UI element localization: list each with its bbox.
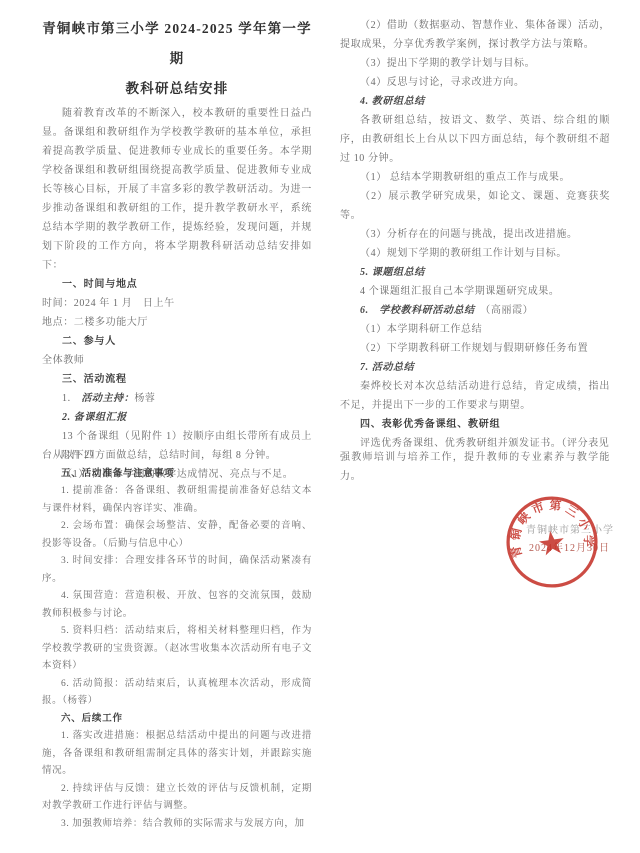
seal-star-icon: ★	[535, 524, 570, 564]
flow-item-beikezu: 2. 备课组汇报	[42, 408, 312, 427]
jiaoyanzu-sub4: （4）规划下学期的教研组工作计划与目标。	[340, 244, 610, 263]
followup-item-2: 2. 持续评估与反馈：建立长效的评估与反馈机制，定期对教学教研工作进行评估与调整…	[42, 781, 312, 816]
prep-item-2: 2. 会场布置：确保会场整洁、安静，配备必要的音响、投影等设备。（后勤与信息中心…	[42, 518, 312, 553]
followup-item-3: 3. 加强教师培养：结合教师的实际需求与发展方向，加	[42, 816, 312, 834]
flow-item-school-summary: 6. 学校教科研活动总结 （高丽霞）	[340, 301, 610, 320]
participants-line: 全体教师	[42, 351, 312, 370]
heading-commendation: 四、表彰优秀备课组、教研组	[340, 415, 610, 434]
prep-item-6: 6. 活动简报：活动结束后，认真梳理本次活动，形成简报。（杨蓉）	[42, 676, 312, 711]
heading-participants: 二、参与人	[42, 332, 312, 351]
school-summary-name: （高丽霞）	[475, 305, 534, 316]
school-summary-sub2: （2）下学期教科研工作规划与假期研修任务布置	[340, 339, 610, 358]
flow-item-activity-summary: 7. 活动总结	[340, 358, 610, 377]
heading-followup: 六、后续工作	[42, 711, 312, 729]
school-summary-sub1: （1）本学期科研工作总结	[340, 320, 610, 339]
prep-item-3: 3. 时间安排：合理安排各环节的时间，确保活动紧凑有序。	[42, 553, 312, 588]
doc-title-line2: 教科研总结安排	[42, 74, 312, 104]
flow-item-host: 1. 活动主持：杨蓉	[42, 389, 312, 408]
prep-item-5: 5. 资料归档：活动结束后，将相关材料整理归档，作为学校教学教研的宝贵资源。（赵…	[42, 623, 312, 676]
activity-summary-body: 秦烨校长对本次总结活动进行总结，肯定成绩，指出不足，并提出下一步的工作要求与期望…	[340, 377, 610, 415]
page-2: （2）借助（数据驱动、智慧作业、集体备课）活动，提取成果，分享优秀教学案例，探讨…	[328, 16, 622, 453]
jiaoyanzu-body: 各教研组总结，按语文、数学、英语、综合组的顺序，由教研组长上台从以下四方面总结，…	[340, 111, 610, 168]
heading-time-place: 一、时间与地点	[42, 275, 312, 294]
host-number: 1.	[62, 393, 81, 404]
jiaoyanzu-sub2: （2）展示教学研究成果，如论文、课题、竞赛获奖等。	[340, 187, 610, 225]
document-canvas: 青铜峡市第三小学 2024-2025 学年第一学期 教科研总结安排 随着教育改革…	[0, 0, 640, 853]
ketizu-body: 4 个课题组汇报自己本学期课题研究成果。	[340, 282, 610, 301]
page-3: 附件 2） 五、活动准备与注意事项 1. 提前准备：各备课组、教研组需提前准备好…	[30, 448, 324, 833]
school-summary-label: 6. 学校教科研活动总结	[360, 305, 475, 316]
school-seal: 青铜峡市第三小学 ★	[504, 494, 600, 590]
beikezu-sub4: （4）反思与讨论，寻求改进方向。	[340, 73, 610, 92]
beikezu-sub3: （3）提出下学期的教学计划与目标。	[340, 54, 610, 73]
time-line: 时间：2024 年 1 月 日上午	[42, 294, 312, 313]
page-4: 强教师培训与培养工作，提升教师的专业素养与教学能力。 青铜峡市第三小学 2024…	[328, 448, 622, 628]
heading-preparation: 五、活动准备与注意事项	[42, 466, 312, 484]
page-1: 青铜峡市第三小学 2024-2025 学年第一学期 教科研总结安排 随着教育改革…	[30, 14, 324, 484]
jiaoyanzu-sub1: （1） 总结本学期教研组的重点工作与成果。	[340, 168, 610, 187]
host-name: 杨蓉	[134, 393, 155, 404]
seal-graphic: 青铜峡市第三小学 ★	[498, 488, 606, 596]
host-label: 活动主持：	[81, 393, 134, 404]
followup-continuation: 强教师培训与培养工作，提升教师的专业素养与教学能力。	[340, 448, 610, 486]
doc-title-line1: 青铜峡市第三小学 2024-2025 学年第一学期	[42, 14, 312, 74]
flow-item-jiaoyanzu: 4. 教研组总结	[340, 92, 610, 111]
prep-item-1: 1. 提前准备：各备课组、教研组需提前准备好总结文本与课件材料，确保内容详实、准…	[42, 483, 312, 518]
attachment-ref: 附件 2）	[42, 448, 312, 466]
place-line: 地点：二楼多功能大厅	[42, 313, 312, 332]
jiaoyanzu-sub3: （3）分析存在的问题与挑战，提出改进措施。	[340, 225, 610, 244]
beikezu-sub2: （2）借助（数据驱动、智慧作业、集体备课）活动，提取成果，分享优秀教学案例，探讨…	[340, 16, 610, 54]
flow-item-ketizu: 5. 课题组总结	[340, 263, 610, 282]
intro-paragraph: 随着教育改革的不断深入，校本教研的重要性日益凸显。备课组和教研组作为学校教学教研…	[42, 104, 312, 275]
heading-flow: 三、活动流程	[42, 370, 312, 389]
followup-item-1: 1. 落实改进措施：根据总结活动中提出的问题与改进措施，各备课组和教研组需制定具…	[42, 728, 312, 781]
prep-item-4: 4. 氛围营造：营造积极、开放、包容的交流氛围，鼓励教师积极参与讨论。	[42, 588, 312, 623]
